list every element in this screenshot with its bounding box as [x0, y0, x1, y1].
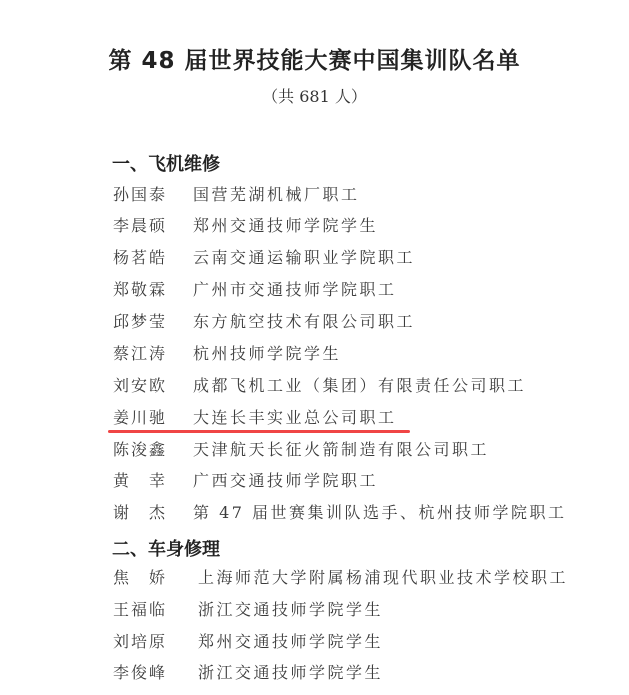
member-org: 大连长丰实业总公司职工	[193, 404, 397, 432]
member-name: 刘安欧	[113, 372, 193, 400]
list-item-highlighted: 姜川驰大连长丰实业总公司职工	[113, 404, 397, 432]
list-item: 陈浚鑫天津航天长征火箭制造有限公司职工	[113, 436, 489, 464]
member-org: 杭州技师学院学生	[193, 340, 341, 368]
section-heading-aircraft-maintenance: 一、飞机维修	[112, 150, 220, 176]
member-name: 蔡江涛	[113, 340, 193, 368]
list-item: 杨茗皓云南交通运输职业学院职工	[113, 244, 415, 272]
member-org: 上海师范大学附属杨浦现代职业技术学校职工	[198, 564, 568, 592]
list-item: 谢 杰第 47 届世赛集训队选手、杭州技师学院职工	[113, 499, 567, 527]
list-item: 焦 娇上海师范大学附属杨浦现代职业技术学校职工	[113, 564, 568, 592]
list-item: 蔡江涛杭州技师学院学生	[113, 340, 341, 368]
member-name: 郑敬霖	[113, 276, 193, 304]
document-subtitle-count: （共 681 人）	[0, 84, 629, 107]
member-org: 第 47 届世赛集训队选手、杭州技师学院职工	[193, 499, 567, 527]
member-name: 李晨硕	[113, 212, 193, 240]
list-item: 王福临浙江交通技师学院学生	[113, 596, 383, 624]
section-heading-body-repair: 二、车身修理	[112, 535, 220, 561]
member-org: 郑州交通技师学院学生	[193, 212, 378, 240]
member-org: 广西交通技师学院职工	[193, 467, 378, 495]
member-org: 浙江交通技师学院学生	[198, 659, 383, 687]
member-org: 广州市交通技师学院职工	[193, 276, 397, 304]
member-org: 天津航天长征火箭制造有限公司职工	[193, 436, 489, 464]
member-org: 浙江交通技师学院学生	[198, 596, 383, 624]
member-name: 黄 幸	[113, 467, 193, 495]
member-name: 李俊峰	[113, 659, 198, 687]
member-name: 谢 杰	[113, 499, 193, 527]
member-name: 杨茗皓	[113, 244, 193, 272]
member-name: 陈浚鑫	[113, 436, 193, 464]
list-item: 黄 幸广西交通技师学院职工	[113, 467, 378, 495]
highlight-underline	[108, 430, 410, 433]
document-title: 第 48 届世界技能大赛中国集训队名单	[0, 42, 629, 75]
member-name: 邱梦莹	[113, 308, 193, 336]
list-item: 李晨硕郑州交通技师学院学生	[113, 212, 378, 240]
member-org: 云南交通运输职业学院职工	[193, 244, 415, 272]
member-org: 成都飞机工业（集团）有限责任公司职工	[193, 372, 526, 400]
member-org: 郑州交通技师学院学生	[198, 628, 383, 656]
list-item: 孙国泰国营芜湖机械厂职工	[113, 181, 360, 209]
member-org: 东方航空技术有限公司职工	[193, 308, 415, 336]
member-name: 焦 娇	[113, 564, 198, 592]
member-org: 国营芜湖机械厂职工	[193, 181, 360, 209]
member-name: 刘培原	[113, 628, 198, 656]
list-item: 郑敬霖广州市交通技师学院职工	[113, 276, 397, 304]
list-item: 邱梦莹东方航空技术有限公司职工	[113, 308, 415, 336]
list-item: 刘安欧成都飞机工业（集团）有限责任公司职工	[113, 372, 526, 400]
list-item: 刘培原郑州交通技师学院学生	[113, 628, 383, 656]
list-item: 李俊峰浙江交通技师学院学生	[113, 659, 383, 687]
member-name: 孙国泰	[113, 181, 193, 209]
member-name: 姜川驰	[113, 404, 193, 432]
member-name: 王福临	[113, 596, 198, 624]
